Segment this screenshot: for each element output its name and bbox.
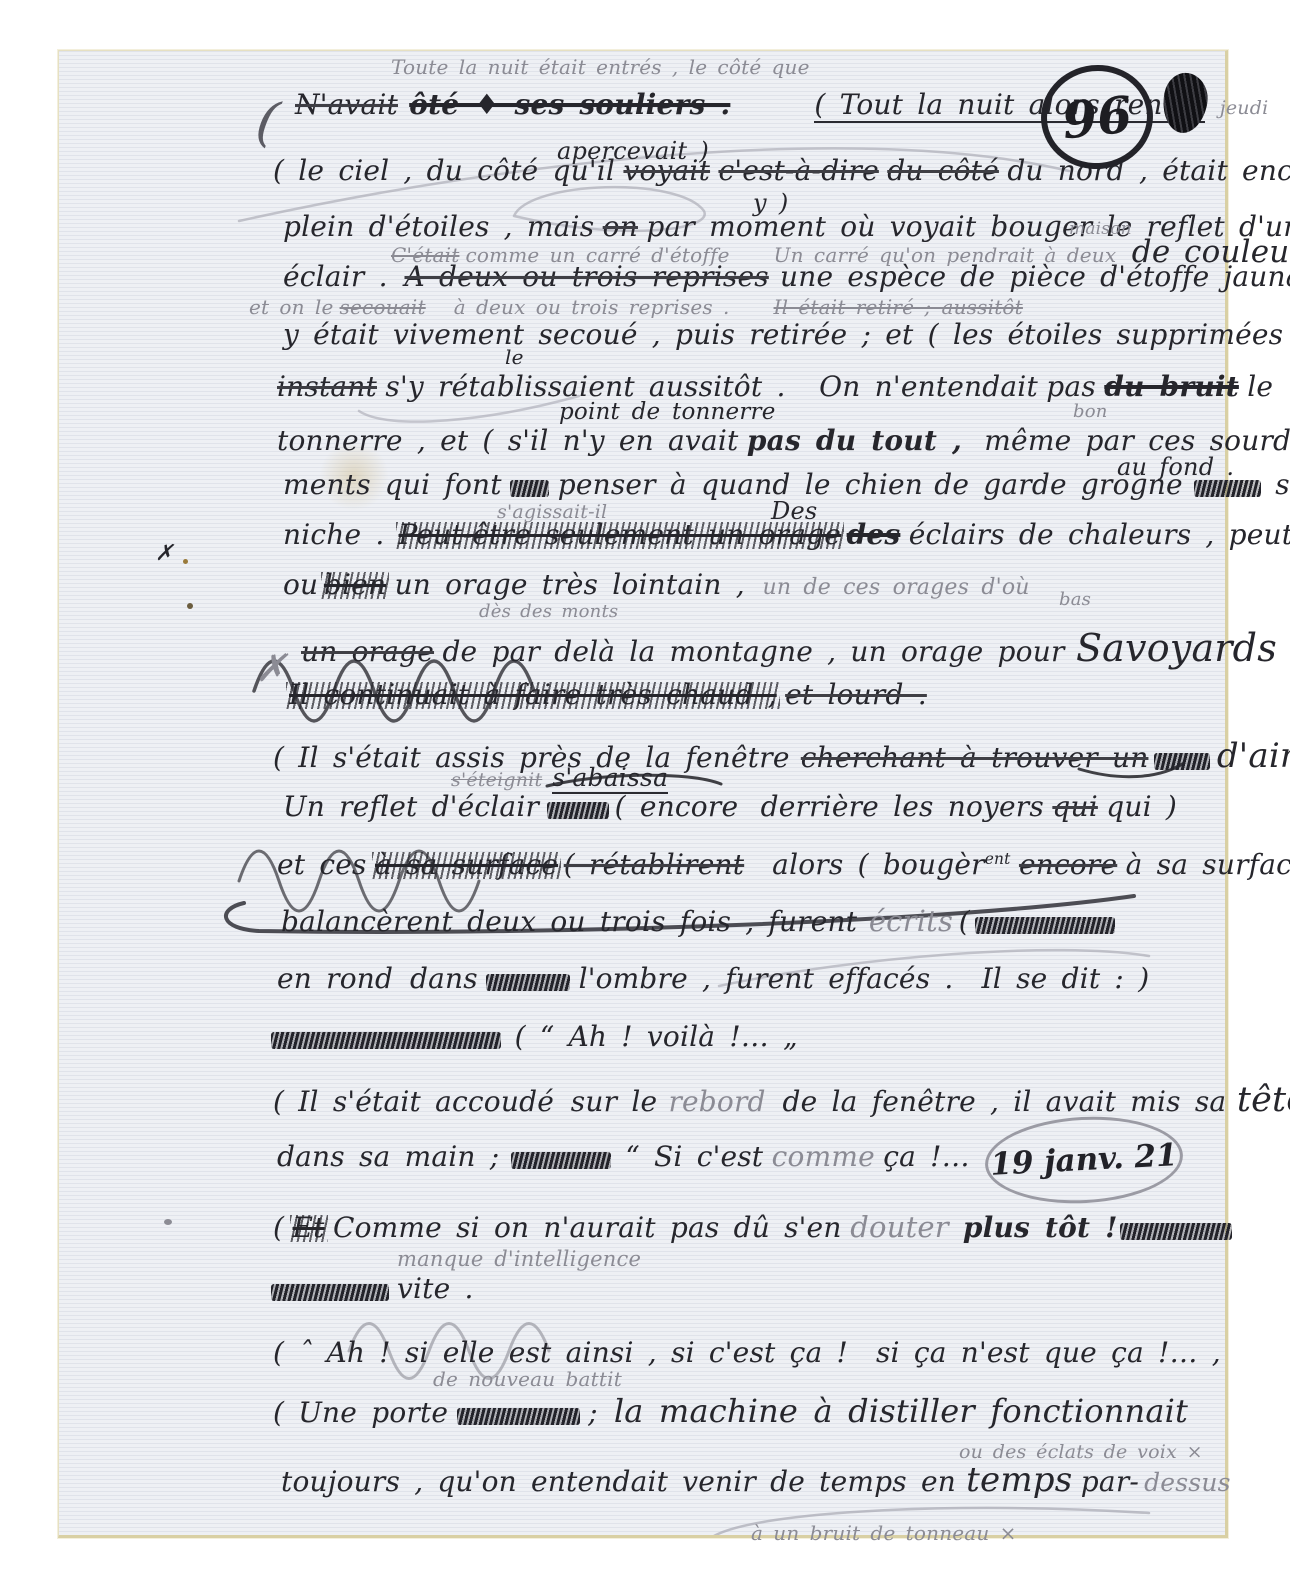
ink-text: tonnerre , et ( s'il n'y en avait [277,427,738,455]
struck-text: voyait [623,157,710,185]
manuscript-line: Il continuait à faire très chaud ,et lou… [289,681,927,709]
ink-text: y était vivement secoué , puis retirée ;… [283,321,1290,349]
manuscript-line: maison [1069,221,1132,238]
manuscript-line: ( Il s'était assis près de la fenêtreche… [273,739,1290,773]
pencil-annotation: Il était retiré ; aussitôt [774,297,1023,317]
manuscript-line: dans sa main ;“ Si c'estcommeça !… [277,1143,970,1171]
ink-text: un orage très lointain , [395,571,745,599]
ink-text: toujours , [281,1468,423,1496]
pencil-annotation: comme [772,1143,875,1171]
manuscript-line: un oragede par delà la montagne , un ora… [301,629,1290,667]
ink-text: balancèrent deux ou trois fois , [281,908,754,936]
pencil-annotation: écrits [869,907,953,936]
ink-text: la machine à distiller fonctionnait [614,1395,1188,1427]
ink-text: Savoyards … [1076,629,1290,667]
date-annotation-circle: 19 janv. 21 [983,1112,1185,1208]
struck-text: qui [1052,793,1098,821]
ink-text: temps [966,1463,1072,1497]
pencil-annotation: dessus [1144,1470,1231,1495]
paper-speck [164,1219,172,1225]
scribble-mark [486,974,570,991]
ink-text: sur le [571,1088,657,1116]
manuscript-page: Toute la nuit était entrés , le côté que… [58,50,1228,1538]
ink-text: point de tonnerre [559,401,776,424]
ink-text: y ) [753,191,788,215]
ink-text: furent [768,908,857,936]
margin-x-mark: ✗ [255,649,287,687]
ink-text: par- [1081,1468,1139,1496]
struck-text: instant [277,373,377,401]
manuscript-line: ( Il s'était accoudésur lerebordde la fe… [273,1083,1290,1118]
pencil-annotation: bas [1059,591,1091,609]
manuscript-line: dès des monts [479,603,618,621]
ink-text: ( [959,908,970,936]
ink-text: plus tôt ! [963,1214,1118,1242]
struck-text: Il continuait à faire très chaud , [289,681,777,709]
pencil-annotation: s'éteignit [451,771,542,790]
pencil-annotation: un de ces orages d'où [762,577,1029,599]
ink-blot-mark: ✗ [155,543,174,565]
pencil-annotation: à un bruit de tonneau × [751,1523,1017,1543]
scribble-mark [271,1032,501,1049]
pencil-annotation: douter [850,1213,949,1242]
pencil-annotation: jeudi [1220,99,1269,118]
ink-text: le [1247,373,1273,401]
pencil-annotation: secouait [340,297,426,317]
ink-text: ( [273,1214,284,1242]
ink-text: tête [1237,1083,1290,1118]
paper-speck [187,603,193,609]
ink-text: si ça n'est que ça !… , [876,1339,1221,1367]
ink-text: ou [283,571,318,599]
ink-text: penser à quand le chien [558,471,923,499]
ink-text: derrière les noyers [761,793,1044,821]
struck-text: encore [1019,851,1117,879]
manuscript-line: mentsqui fontpenser à quand le chiende g… [283,471,1290,499]
manuscript-line: Un reflet d'éclair( encorederrière les n… [283,793,1177,821]
ink-text: à sa surface [1126,851,1290,879]
manuscript-line: toujours ,qu'on entendait venir de temps… [281,1463,1231,1497]
ink-text: ça !… [883,1143,970,1171]
pencil-annotation: Toute la nuit était entrés , le côté que [391,57,810,77]
pencil-annotation: ( [252,94,282,151]
ink-text: de pièce d'étoffe jaunâtre [960,263,1290,291]
scribble-mark [975,917,1115,934]
ink-text: qui font [385,471,502,499]
page-number: 96 [1059,84,1134,150]
ink-text: pas du tout , [747,427,962,455]
manuscript-line: ( le ciel , du côté qu'ilvoyaitc'est-à-d… [273,157,1290,185]
manuscript-line: bas [1059,591,1091,609]
ink-text: Comme si on n'aurait pas dû s'en [333,1214,842,1242]
pencil-annotation: ✗ [255,649,287,687]
struck-text: A deux ou trois reprises [404,263,768,291]
ink-text: l'ombre , furent effacés . [579,965,954,993]
ink-text: même par ces sourds gronde- [984,427,1290,455]
ink-text: Un reflet d'éclair [283,793,539,821]
struck-text: des [847,521,901,549]
pencil-annotation: manque d'intelligence [397,1249,641,1270]
ink-text: ( Une porte [273,1399,448,1427]
scribble-mark [1120,1223,1232,1240]
struck-text: Et [293,1214,325,1242]
ink-text: niche . [283,521,385,549]
ink-text: Ah ! si elle est ainsi , si c'est ça ! [326,1339,848,1367]
ink-text: ( “ Ah ! voilà !… „ [515,1023,798,1051]
pencil-annotation: maison [1069,221,1132,238]
struck-text: c'est-à-dire [718,157,878,185]
struck-text: ôté ♦ ses souliers . [409,91,730,119]
struck-text: N'avait [295,91,398,119]
ink-text: ( encore [615,793,739,821]
struck-text: à sa surface [375,851,558,879]
manuscript-line: bon [1073,403,1108,421]
manuscript-line: point de tonnerre [559,401,776,424]
struck-text: du côté [887,157,999,185]
ink-text: du nord , était encore [1007,157,1290,185]
ink-text: ; [588,1399,598,1427]
manuscript-line: vite . [271,1275,474,1303]
ink-text: pas [1046,373,1096,401]
ink-text: en rond [277,965,393,993]
ink-text: d'air . [1217,739,1290,773]
manuscript-line: en ronddansl'ombre , furent effacés .Il … [277,965,1149,993]
struck-text: du bruit [1104,373,1239,401]
manuscript-line: éclair .A deux ou trois reprisesune espè… [283,263,1290,291]
scribble-mark [1154,753,1210,770]
scribble-mark [511,1152,612,1169]
ink-text: alors ( bougèr [772,851,985,879]
ink-text: ✗ [155,543,174,565]
ink-text: de la fenêtre , il avait mis sa [782,1088,1226,1116]
manuscript-line: niche .Peut-être seulement un oragedeséc… [283,521,1290,549]
ink-text: ( ˆ [273,1339,312,1367]
ink-text: de garde grogne [934,471,1183,499]
ink-text: éclair . [283,263,388,291]
ink-text: On n'entendait [819,373,1038,401]
scribble-mark [457,1408,580,1425]
pencil-annotation: rebord [668,1088,765,1116]
ink-text: Il se dit : ) [982,965,1150,993]
ink-text: ent [985,852,1011,867]
ink-text: le [505,347,524,367]
pencil-annotation: dès des monts [479,603,618,621]
ink-text: et ces [277,851,367,879]
margin-bracket: ( [252,94,282,151]
ink-text: qu'on entendait venir de temps en [437,1468,956,1496]
struck-text: bien [324,571,386,599]
manuscript-line: instants'y rétablissaient aussitôt .On n… [277,373,1273,401]
struck-text: Peut-être seulement un orage [399,521,842,549]
ink-blot [1158,70,1212,137]
manuscript-line: et on lesecouaità deux ou trois reprises… [249,297,1023,317]
manuscript-line: y était vivement secoué , puis retirée ;… [283,321,1290,349]
struck-text: cherchant à trouver un [801,744,1149,772]
manuscript-line: tonnerre , et ( s'il n'y en avaitpas du … [277,427,1290,455]
manuscript-line: ( ˆAh ! si elle est ainsi , si c'est ça … [273,1339,1221,1367]
manuscript-line: balancèrent deux ou trois fois ,furentéc… [281,907,1115,936]
manuscript-line: le [505,347,524,367]
pencil-annotation: bon [1073,403,1108,421]
paper-speck [183,559,188,564]
scribble-mark [510,480,549,497]
pencil-annotation: et on le [249,297,334,317]
ink-text: de par delà la montagne , un orage pour [442,638,1064,666]
manuscript-line: Toute la nuit était entrés , le côté que [391,57,810,77]
manuscript-line: et cesà sa surface( rétablirentalors ( b… [277,851,1290,879]
ink-text: ments [283,471,371,499]
struck-text: ( rétablirent [564,851,744,879]
manuscript-line: ( Une porte;la machine à distiller fonct… [273,1395,1188,1427]
scribble-mark [1194,480,1261,497]
ink-text: ( Il s'était accoudé [273,1088,554,1116]
manuscript-line: (EtComme si on n'aurait pas dû s'endoute… [273,1213,1232,1242]
ink-text: qui ) [1106,793,1177,821]
pencil-annotation: de nouveau battit [433,1369,622,1389]
ink-text: ( le ciel , du côté qu'il [273,157,615,185]
manuscript-line: de nouveau battit [433,1369,622,1389]
date-annotation: 19 janv. 21 [989,1137,1178,1183]
manuscript-line: ( “ Ah ! voilà !… „ [271,1023,798,1051]
ink-text: sa [1275,471,1290,499]
manuscript-line: oubienun orage très lointain ,un de ces … [283,571,1030,599]
pencil-annotation: à deux ou trois reprises . [454,297,730,317]
manuscript-line: manque d'intelligence [397,1249,641,1270]
ink-text: une espèce [780,263,946,291]
manuscript-line: à un bruit de tonneau × [751,1523,1017,1543]
ink-text: s'y rétablissaient aussitôt . [385,373,785,401]
ink-text: vite . [397,1275,474,1303]
scribble-mark [271,1284,389,1301]
ink-text: dans [410,965,478,993]
struck-text: et lourd . [785,681,927,709]
manuscript-line: y ) [753,191,788,215]
ink-text: dans sa main ; [277,1143,499,1171]
ink-text: éclairs de chaleurs , peut-être , [909,521,1290,549]
ink-text: “ Si c'est [625,1143,763,1171]
scribble-mark [547,802,609,819]
struck-text: un orage [301,638,434,666]
